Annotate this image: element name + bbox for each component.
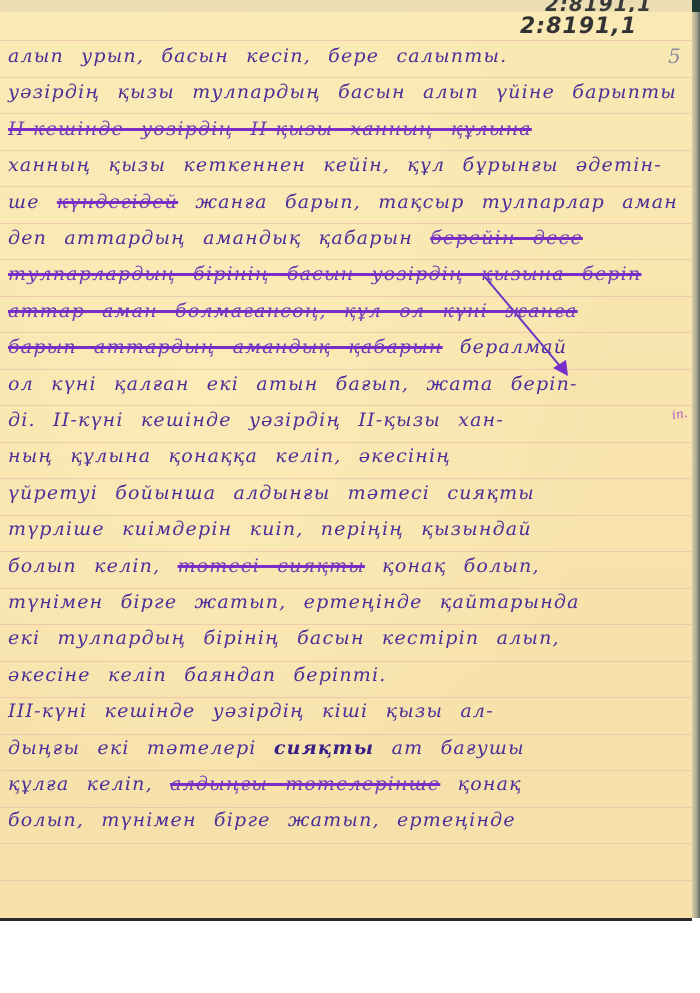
margin-note: іп. <box>671 406 689 422</box>
text-segment: түнімен бірге жатып, ертеңінде қайтарынд… <box>8 591 580 613</box>
manuscript-line: үйретуі бойынша алдынғы тәтесі сияқты <box>8 482 686 504</box>
text-segment: деп аттардың амандық қабарын <box>8 227 430 249</box>
text-segment: екі тулпардың бірінің басын кестіріп алы… <box>8 627 560 649</box>
text-segment: ше <box>8 191 57 213</box>
text-segment: уәзірдің қызы тулпардың басын алып үйіне… <box>8 81 677 103</box>
manuscript-line: барып аттардың амандық қабарын бералмай <box>8 336 686 358</box>
text-segment: қонақ <box>440 773 522 795</box>
ruled-line <box>0 478 692 479</box>
struck-text: II-кешінде уәзірдің II-қызы ханның құлын… <box>8 118 532 140</box>
manuscript-line: құлға келіп, алдыңғы тәтелерінше қонақ <box>8 773 686 795</box>
ruled-line <box>0 661 692 662</box>
binder-corner <box>692 0 700 12</box>
manuscript-line: тулпарлардың бірінің басын уәзірдің қызы… <box>8 263 686 285</box>
text-segment: жанға барып, тақсыр тулпарлар аман <box>178 191 678 213</box>
archive-code: 2:8191,1 <box>520 14 637 39</box>
text-segment: ол күні қалған екі атын бағып, жата бері… <box>8 373 578 395</box>
ruled-line <box>0 880 692 881</box>
ruled-line <box>0 332 692 333</box>
text-segment: құлға келіп, <box>8 773 170 795</box>
text-segment: бералмай <box>443 336 568 358</box>
manuscript-line: деп аттардың амандық қабарын берейін дес… <box>8 227 686 249</box>
text-segment: түрлішe киімдерін киіп, періңің қызындай <box>8 518 532 540</box>
ruled-line <box>0 369 692 370</box>
ruled-line <box>0 223 692 224</box>
manuscript-line: ол күні қалған екі атын бағып, жата бері… <box>8 373 686 395</box>
struck-text: берейін десе <box>430 227 583 249</box>
struck-text: тулпарлардың бірінің басын уәзірдің қызы… <box>8 263 641 285</box>
overwritten-text: сияқты <box>274 737 375 759</box>
ruled-line <box>0 551 692 552</box>
ruled-line <box>0 77 692 78</box>
text-segment: III-күні кешінде уәзірдің кіші қызы ал- <box>8 700 494 722</box>
ruled-line <box>0 150 692 151</box>
manuscript-line: ның құлына қонаққа келіп, әкесінің <box>8 445 686 467</box>
struck-text: барып аттардың амандық қабарын <box>8 336 443 358</box>
struck-text: тәтесі сияқты <box>178 555 365 577</box>
ruled-line <box>0 807 692 808</box>
manuscript-line: II-кешінде уәзірдің II-қызы ханның құлын… <box>8 118 686 140</box>
struck-text: аттар аман болмағансоң, құл ол күні жанғ… <box>8 300 578 322</box>
manuscript-line: түрлішe киімдерін киіп, періңің қызындай <box>8 518 686 540</box>
manuscript-line: ханның қызы кеткеннен кейін, құл бұрынғы… <box>8 154 686 176</box>
manuscript-line: болып, түнімен бірге жатып, ертеңінде <box>8 809 686 831</box>
manuscript-line: уәзірдің қызы тулпардың басын алып үйіне… <box>8 81 686 103</box>
ruled-line <box>0 113 692 114</box>
ruled-line <box>0 296 692 297</box>
text-segment: дыңғы екі тәтелері <box>8 737 274 759</box>
ruled-line <box>0 186 692 187</box>
ruled-line <box>0 515 692 516</box>
manuscript-line: ді. II-күні кешінде уәзірдің II-қызы хан… <box>8 409 686 431</box>
manuscript-line: екі тулпардың бірінің басын кестіріп алы… <box>8 627 686 649</box>
ruled-line <box>0 770 692 771</box>
ruled-line <box>0 259 692 260</box>
text-segment: ат бағушы <box>374 737 524 759</box>
page-edge <box>692 12 700 918</box>
manuscript-line: болып келіп, тәтесі сияқты қонақ болып, <box>8 555 686 577</box>
text-segment: болып келіп, <box>8 555 178 577</box>
struck-text: алдыңғы тәтелерінше <box>170 773 440 795</box>
manuscript-line: ше күндегідей жанға барып, тақсыр тулпар… <box>8 191 686 213</box>
text-segment: ді. II-күні кешінде уәзірдің II-қызы хан… <box>8 409 504 431</box>
text-segment: үйретуі бойынша алдынғы тәтесі сияқты <box>8 482 535 504</box>
manuscript-line: дыңғы екі тәтелері сияқты ат бағушы <box>8 737 686 759</box>
manuscript-line: түнімен бірге жатып, ертеңінде қайтарынд… <box>8 591 686 613</box>
ruled-line <box>0 697 692 698</box>
ruled-line <box>0 405 692 406</box>
manuscript-line: III-күні кешінде уәзірдің кіші қызы ал- <box>8 700 686 722</box>
manuscript-line: аттар аман болмағансоң, құл ол күні жанғ… <box>8 300 686 322</box>
ruled-line <box>0 843 692 844</box>
struck-text: күндегідей <box>57 191 178 213</box>
text-segment: әкесіне келіп баяндап беріпті. <box>8 664 387 686</box>
ruled-line <box>0 442 692 443</box>
ruled-line <box>0 40 692 41</box>
ruled-line <box>0 734 692 735</box>
text-segment: алып урып, басын кесіп, бере салыпты. <box>8 45 507 67</box>
ruled-line <box>0 624 692 625</box>
manuscript-line: әкесіне келіп баяндап беріпті. <box>8 664 686 686</box>
text-segment: ханның қызы кеткеннен кейін, құл бұрынғы… <box>8 154 662 176</box>
scanned-page-viewport: 2:8191,1 2:8191,1 5 алып урып, басын кес… <box>0 0 700 993</box>
text-segment: қонақ болып, <box>365 555 540 577</box>
text-segment: болып, түнімен бірге жатып, ертеңінде <box>8 809 516 831</box>
manuscript-line: алып урып, басын кесіп, бере салыпты. <box>8 45 686 67</box>
text-segment: ның құлына қонаққа келіп, әкесінің <box>8 445 451 467</box>
ruled-line <box>0 588 692 589</box>
